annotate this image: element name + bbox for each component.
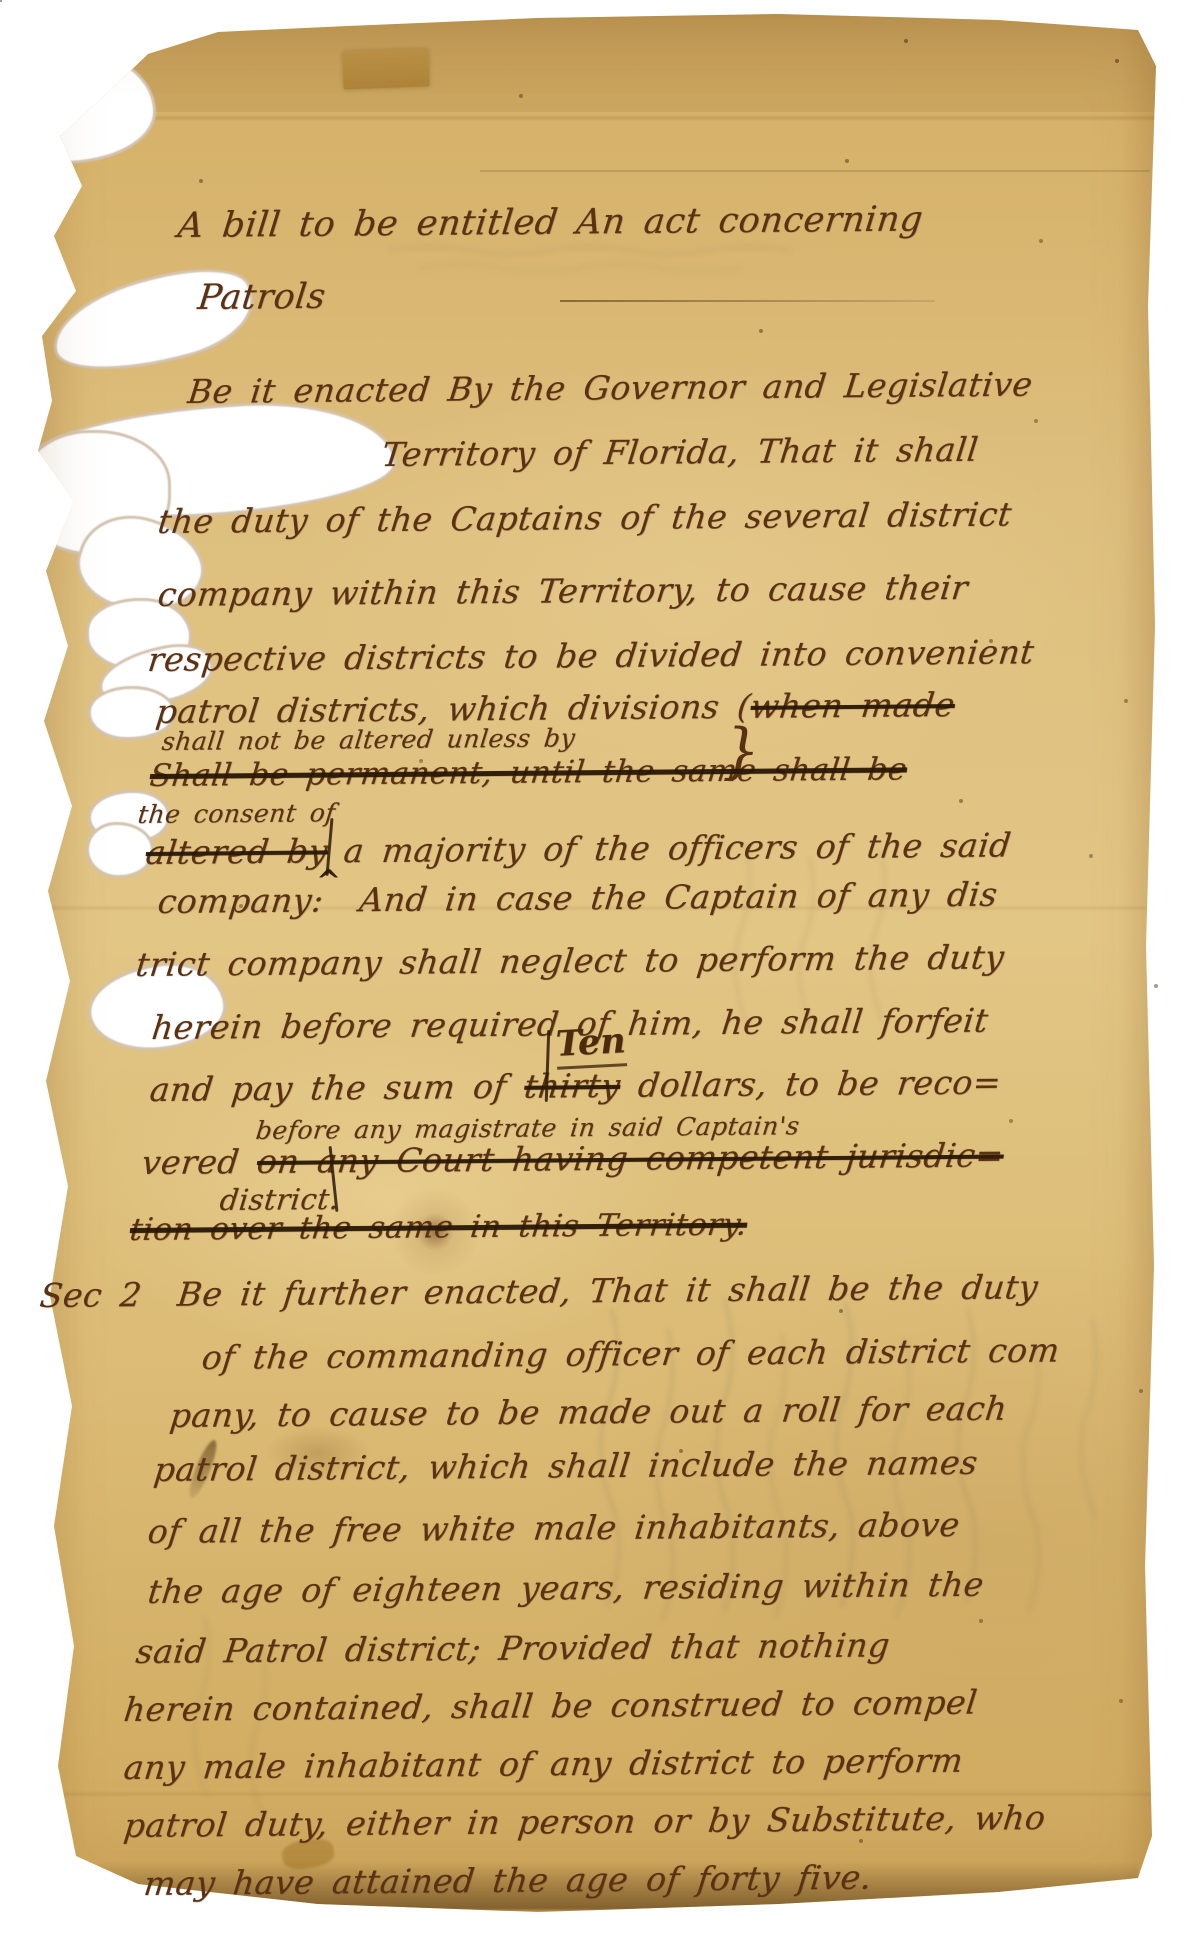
manuscript-line: the age of eighteen years, residing with… bbox=[146, 1565, 986, 1611]
manuscript-title-line: Patrols bbox=[196, 277, 328, 318]
manuscript-line: patrol district, which shall include the… bbox=[152, 1443, 980, 1489]
manuscript-line: of the commanding officer of each distri… bbox=[200, 1331, 1062, 1377]
manuscript-title-line: A bill to be entitled An act concerning bbox=[176, 200, 925, 246]
line-text: trict company shall neglect to perform t… bbox=[134, 937, 1007, 984]
manuscript-line: tion over the same in this Territory. bbox=[128, 1207, 749, 1248]
line-text: the duty of the Captains of the several … bbox=[156, 495, 1014, 541]
manuscript-line: Be it enacted By the Governor and Legisl… bbox=[186, 365, 1035, 411]
line-text: patrol duty, either in person or by Subs… bbox=[122, 1798, 1048, 1845]
strikethrough-text: when made bbox=[749, 685, 958, 726]
fold-crease bbox=[480, 170, 1150, 172]
manuscript-line: Territory of Florida, That it shall bbox=[380, 430, 981, 474]
manuscript-line: vered on any Court having competent juri… bbox=[140, 1135, 1006, 1182]
manuscript-line: Shall be permanent, until the same shall… bbox=[148, 751, 909, 794]
manuscript-line: company within this Territory, to cause … bbox=[156, 568, 970, 614]
manuscript-line: and pay the sum of thirty dollars, to be… bbox=[148, 1063, 1004, 1109]
line-text: and pay the sum of bbox=[148, 1067, 527, 1109]
line-text: herein contained, shall be construed to … bbox=[122, 1683, 980, 1729]
manuscript-line: respective districts to be divided into … bbox=[146, 632, 1037, 679]
line-text: Territory of Florida, That it shall bbox=[380, 430, 981, 474]
strikethrough-text: thirty bbox=[522, 1066, 622, 1106]
line-text: company: And in case the Captain of any … bbox=[156, 875, 1000, 921]
manuscript-line: any male inhabitant of any district to p… bbox=[122, 1741, 966, 1787]
inserted-text: the consent of bbox=[136, 798, 337, 829]
inserted-line: the consent of bbox=[136, 798, 337, 829]
line-text: the age of eighteen years, residing with… bbox=[146, 1565, 986, 1611]
line-text: said Patrol district; Provided that noth… bbox=[134, 1625, 892, 1671]
line-text: a majority of the officers of the said bbox=[342, 825, 1014, 870]
line-text: may have attained the age of forty five. bbox=[142, 1858, 874, 1903]
line-text: any male inhabitant of any district to p… bbox=[122, 1741, 966, 1787]
strikethrough-text: tion over the same in this Territory. bbox=[128, 1207, 749, 1248]
manuscript-line: patrol duty, either in person or by Subs… bbox=[122, 1798, 1048, 1845]
manuscript-line: the duty of the Captains of the several … bbox=[156, 495, 1014, 541]
manuscript-line: trict company shall neglect to perform t… bbox=[134, 937, 1007, 984]
inserted-text: Ten bbox=[555, 1020, 627, 1065]
line-text: dollars, to be reco= bbox=[618, 1063, 1003, 1105]
strikethrough-text: altered by bbox=[144, 831, 330, 872]
manuscript-line: herein contained, shall be construed to … bbox=[122, 1683, 980, 1729]
line-text: respective districts to be divided into … bbox=[146, 632, 1037, 679]
manuscript-line: may have attained the age of forty five. bbox=[142, 1858, 874, 1903]
strikethrough-text: Shall be permanent, until the same shall… bbox=[148, 751, 909, 794]
manuscript-line: altered bya majority of the officers of … bbox=[144, 825, 1014, 872]
line-text: Be it enacted By the Governor and Legisl… bbox=[186, 365, 1035, 411]
post-title-rule bbox=[560, 300, 935, 302]
line-text: pany, to cause to be made out a roll for… bbox=[168, 1389, 1010, 1435]
line-text: vered bbox=[140, 1142, 260, 1182]
inserted-word-ten: Ten bbox=[555, 1020, 627, 1070]
manuscript-line: said Patrol district; Provided that noth… bbox=[134, 1625, 892, 1671]
line-text: of all the free white male inhabitants, … bbox=[146, 1505, 962, 1551]
line-text: patrol district, which shall include the… bbox=[152, 1443, 980, 1489]
title-text: Patrols bbox=[196, 277, 328, 318]
manuscript-line: pany, to cause to be made out a roll for… bbox=[168, 1389, 1010, 1435]
line-text: company within this Territory, to cause … bbox=[156, 568, 970, 614]
ink-speckles bbox=[0, 0, 2, 2]
inserted-line: shall not be altered unless by bbox=[160, 723, 577, 756]
line-text: of the commanding officer of each distri… bbox=[200, 1331, 1062, 1377]
manuscript-line: company: And in case the Captain of any … bbox=[156, 875, 1000, 921]
title-text: A bill to be entitled An act concerning bbox=[176, 200, 925, 246]
scanned-manuscript-page: { "colors": { "scan_background": "#fffff… bbox=[0, 0, 1200, 1949]
strikethrough-text: on any Court having competent jurisdic= bbox=[255, 1135, 1006, 1181]
manuscript-line: of all the free white male inhabitants, … bbox=[146, 1505, 962, 1551]
inserted-text: shall not be altered unless by bbox=[160, 723, 577, 756]
